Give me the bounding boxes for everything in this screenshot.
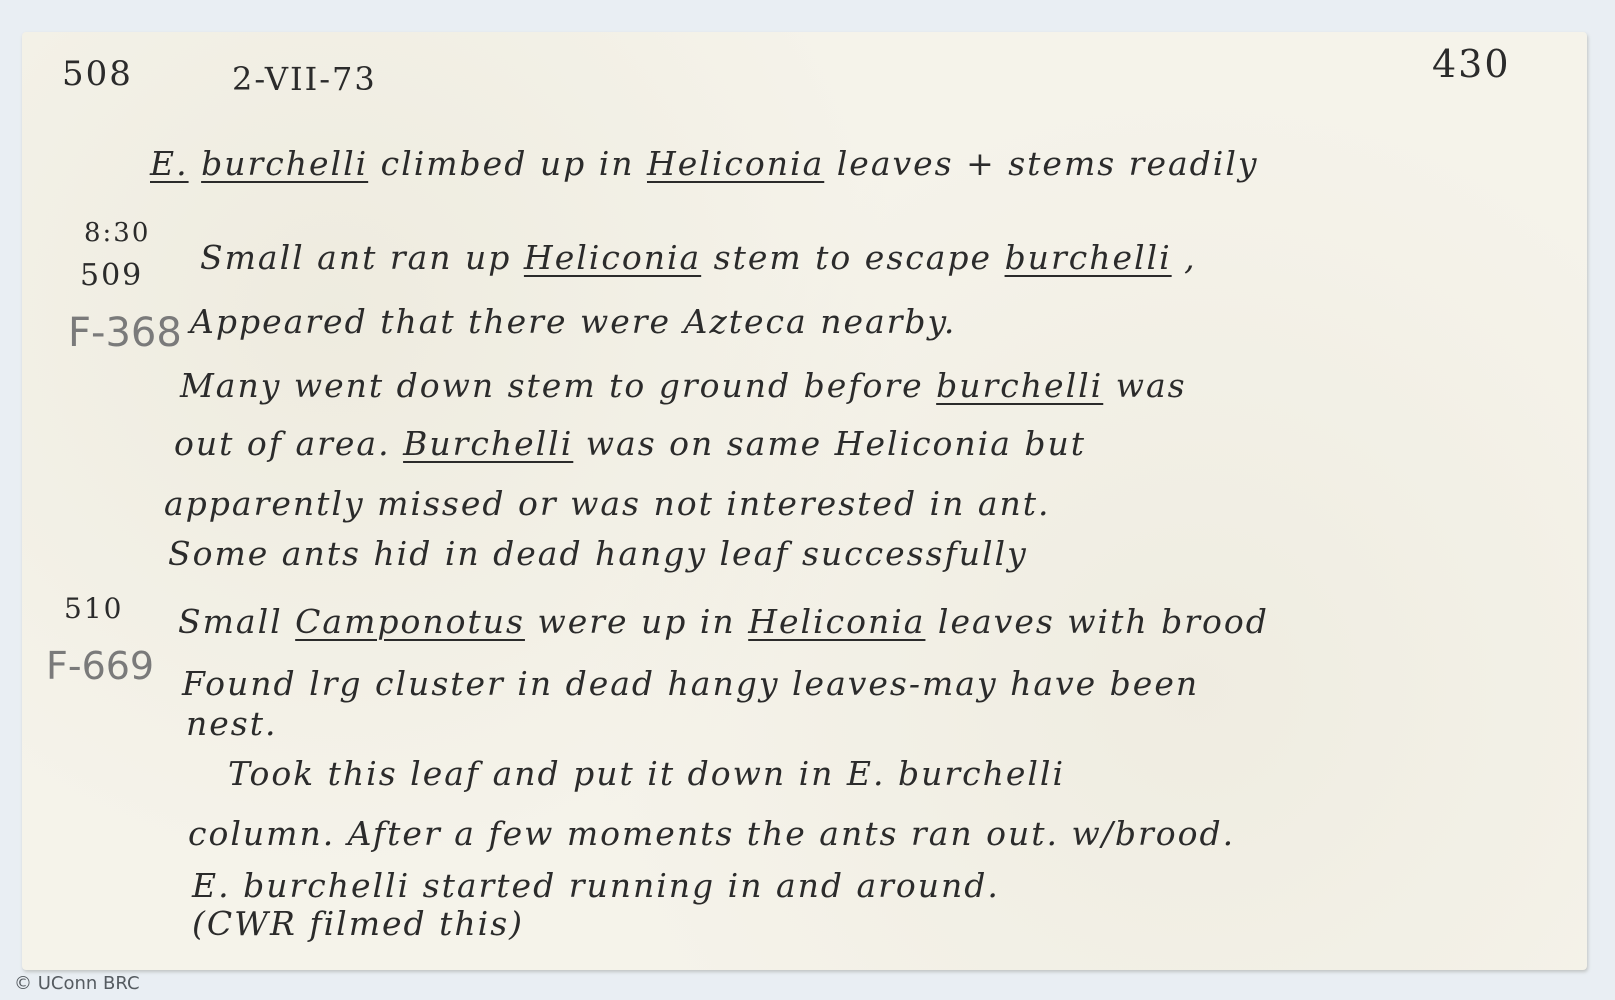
text-segment: Appeared that there were Azteca nearby. [190,302,956,341]
entry-509-line-4: out of area. Burchelli was on same Helic… [174,424,1086,463]
species-name: burchelli [1005,238,1172,277]
text-segment [189,144,202,183]
entry-510-line-4: Took this leaf and put it down in E. bur… [228,754,1065,793]
entry-509-line-6: Some ants hid in dead hangy leaf success… [168,534,1028,573]
entry-509-time: 8:30 [84,218,150,248]
text-segment: Found lrg cluster in dead hangy leaves-m… [182,664,1199,703]
entry-509-film-ref: F-368 [68,310,182,356]
text-segment: E. burchelli started running in and arou… [192,866,1000,905]
text-segment: stem to escape [701,238,1004,277]
text-segment: Took this leaf and put it down in E. bur… [228,754,1065,793]
text-segment: (CWR filmed this) [192,904,524,943]
entry-509-line-2: Appeared that there were Azteca nearby. [190,302,956,341]
text-segment: , [1172,238,1197,277]
page-number: 430 [1432,42,1511,86]
entry-509-number: 509 [80,258,143,293]
text-segment: Small ant ran up [200,238,524,277]
text-segment: column. After a few moments the ants ran… [188,814,1235,853]
copyright-credit: © UConn BRC [14,973,140,994]
date: 2-VII-73 [232,60,377,98]
entry-509-line-5: apparently missed or was not interested … [164,484,1051,523]
entry-508-line-1: E. burchelli climbed up in Heliconia lea… [150,144,1259,183]
species-name: burchelli [936,366,1103,405]
entry-510-line-3: nest. [186,704,277,743]
text-segment: Some ants hid in dead hangy leaf success… [168,534,1028,573]
species-name: burchelli [201,144,368,183]
entry-509-line-3: Many went down stem to ground before bur… [180,366,1187,405]
entry-510-line-1: Small Camponotus were up in Heliconia le… [178,602,1269,641]
text-segment: apparently missed or was not interested … [164,484,1051,523]
entry-509-line-1: Small ant ran up Heliconia stem to escap… [200,238,1197,277]
text-segment: leaves + stems readily [824,144,1258,183]
plant-genus: Heliconia [524,238,701,277]
entry-510-line-2: Found lrg cluster in dead hangy leaves-m… [182,664,1199,703]
entry-510-line-7: (CWR filmed this) [192,904,524,943]
entry-number: 508 [62,54,133,94]
text-segment: were up in [525,602,748,641]
text-segment: out of area. [174,424,403,463]
entry-510-film-ref: F-669 [46,644,154,688]
text-segment: Small [178,602,295,641]
text-segment: was on same Heliconia but [573,424,1086,463]
entry-510-line-5: column. After a few moments the ants ran… [188,814,1235,853]
entry-510-line-6: E. burchelli started running in and arou… [192,866,1000,905]
text-segment: climbed up in [368,144,647,183]
field-note-card: 508 2-VII-73 430 E. burchelli climbed up… [22,32,1587,970]
ant-genus: Camponotus [295,602,525,641]
text-segment: Many went down stem to ground before [180,366,936,405]
entry-510-number: 510 [64,592,123,625]
text-segment: was [1103,366,1186,405]
plant-genus: Heliconia [748,602,925,641]
species-name: Burchelli [403,424,573,463]
text-segment: nest. [186,704,277,743]
genus-abbrev: E. [150,144,189,183]
text-segment: leaves with brood [925,602,1268,641]
plant-genus: Heliconia [647,144,824,183]
